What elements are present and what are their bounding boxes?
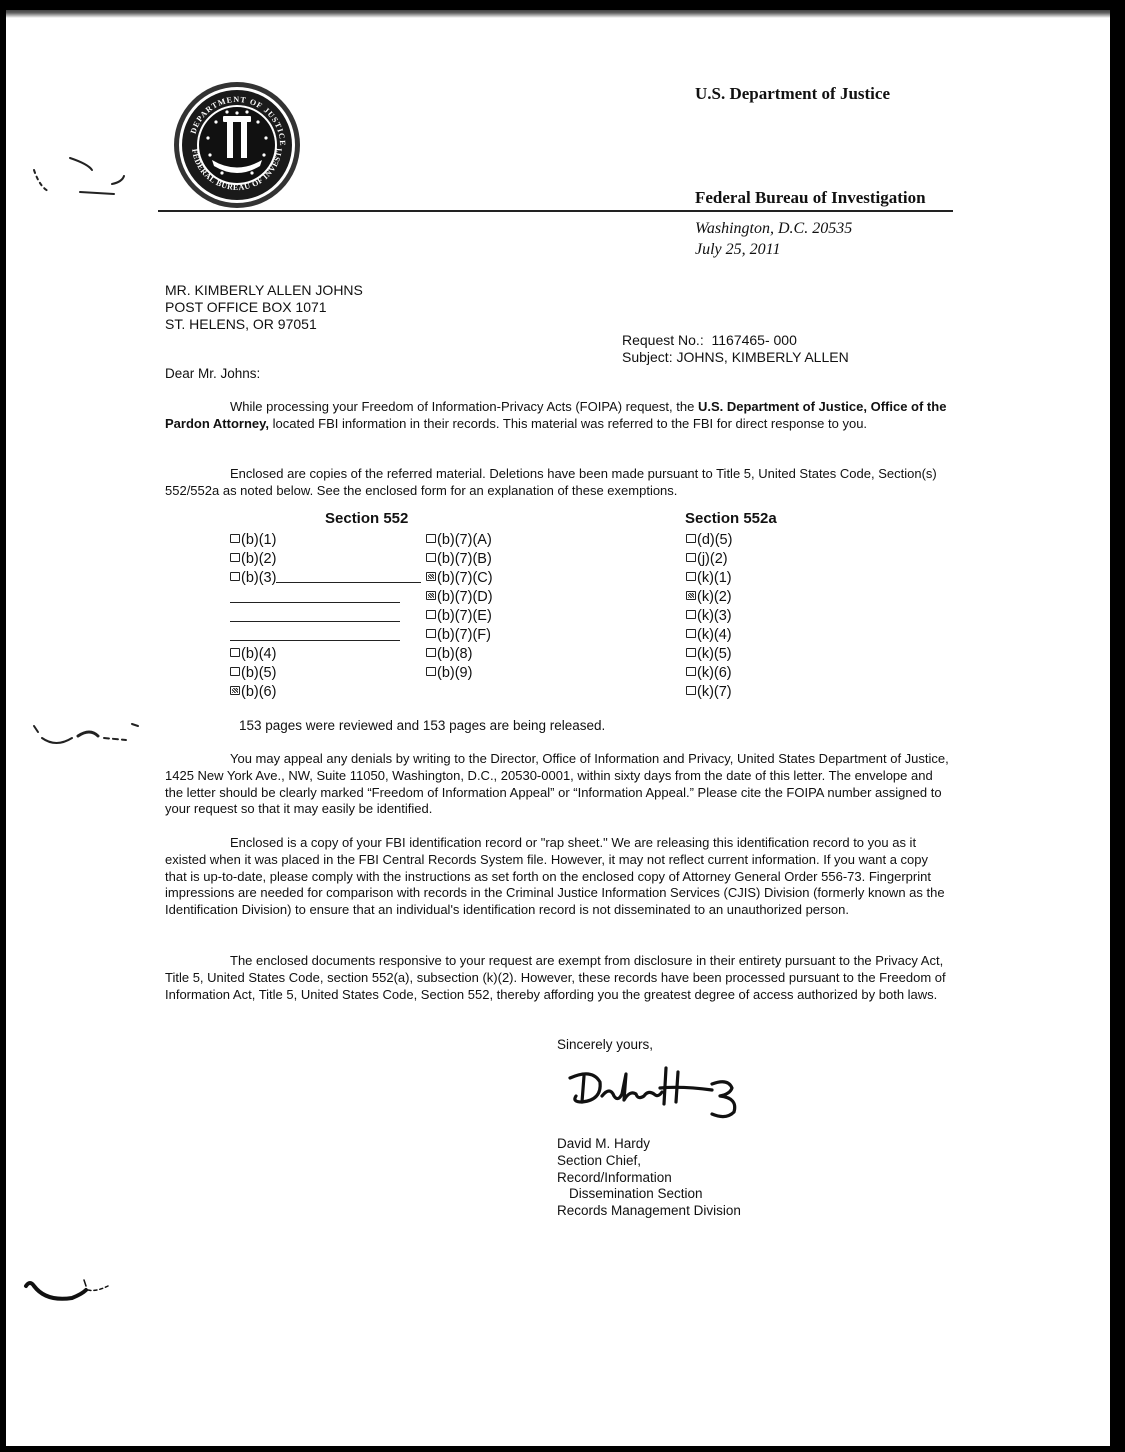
- paragraph-text: located FBI information in their records…: [269, 416, 867, 431]
- exemption-label: (b)(8): [437, 646, 472, 662]
- section-552a-heading: Section 552a: [685, 510, 777, 527]
- exemption-item: (k)(2): [686, 588, 732, 607]
- exemption-label: (b)(7)(E): [437, 608, 492, 624]
- letter-dateline: Washington, D.C. 20535 July 25, 2011: [695, 218, 852, 260]
- unchecked-box-icon: [686, 648, 696, 657]
- exemption-item: (k)(6): [686, 664, 732, 683]
- letter-location: Washington, D.C. 20535: [695, 218, 852, 239]
- exemption-label: (b)(7)(D): [437, 589, 493, 605]
- request-number-row: Request No.: 1167465- 000: [622, 332, 849, 349]
- exemption-item: (k)(4): [686, 626, 732, 645]
- exemption-item: (b)(1): [230, 531, 421, 550]
- unchecked-box-icon: [230, 667, 240, 676]
- exemption-label: (b)(3): [241, 570, 276, 586]
- pages-summary: 153 pages were reviewed and 153 pages ar…: [239, 718, 605, 733]
- blank-line: [230, 607, 400, 622]
- signer-division: Records Management Division: [557, 1203, 741, 1220]
- exemptions-column-3: (d)(5)(j)(2)(k)(1)(k)(2)(k)(3)(k)(4)(k)(…: [686, 531, 732, 702]
- scan-mark-icon: [30, 148, 130, 200]
- exemption-label: (b)(2): [241, 551, 276, 567]
- checked-box-icon: [686, 591, 696, 600]
- exemption-label: (b)(7)(B): [437, 551, 492, 567]
- blank-line: [230, 626, 400, 641]
- exemption-item: (k)(3): [686, 607, 732, 626]
- recipient-line: POST OFFICE BOX 1071: [165, 299, 363, 316]
- scan-edge-artifact: [6, 10, 1110, 18]
- exemptions-column-1: (b)(1)(b)(2)(b)(3)(b)(4)(b)(5)(b)(6): [230, 531, 421, 702]
- exemption-item: (k)(7): [686, 683, 732, 702]
- unchecked-box-icon: [230, 553, 240, 562]
- exemption-label: (k)(7): [697, 684, 732, 700]
- exemption-item: (k)(1): [686, 569, 732, 588]
- exemption-item: (d)(5): [686, 531, 732, 550]
- salutation: Dear Mr. Johns:: [165, 366, 260, 381]
- exemption-item: [230, 588, 421, 607]
- unchecked-box-icon: [426, 648, 436, 657]
- unchecked-box-icon: [426, 553, 436, 562]
- exemption-item: (b)(7)(D): [426, 588, 493, 607]
- paragraph-privacy-act: The enclosed documents responsive to you…: [165, 953, 950, 1003]
- exemption-item: (b)(4): [230, 645, 421, 664]
- subject-label: Subject:: [622, 349, 673, 365]
- exemption-item: (j)(2): [686, 550, 732, 569]
- exemption-item: (b)(9): [426, 664, 493, 683]
- exemption-item: (b)(7)(E): [426, 607, 493, 626]
- paragraph-text: You may appeal any denials by writing to…: [165, 751, 949, 816]
- exemption-label: (b)(1): [241, 532, 276, 548]
- exemption-item: (k)(5): [686, 645, 732, 664]
- recipient-line: MR. KIMBERLY ALLEN JOHNS: [165, 282, 363, 299]
- exemption-label: (d)(5): [697, 532, 732, 548]
- unchecked-box-icon: [230, 572, 240, 581]
- paragraph-rap-sheet: Enclosed is a copy of your FBI identific…: [165, 835, 950, 919]
- exemption-item: [230, 607, 421, 626]
- signer-title: Section Chief,: [557, 1153, 741, 1170]
- unchecked-box-icon: [686, 610, 696, 619]
- subject-value: JOHNS, KIMBERLY ALLEN: [676, 349, 848, 365]
- unchecked-box-icon: [230, 534, 240, 543]
- recipient-line: ST. HELENS, OR 97051: [165, 316, 363, 333]
- paragraph-text: While processing your Freedom of Informa…: [230, 399, 698, 414]
- department-heading: U.S. Department of Justice: [695, 84, 890, 104]
- exemption-item: (b)(7)(B): [426, 550, 493, 569]
- exemption-label: (j)(2): [697, 551, 728, 567]
- exemption-item: (b)(8): [426, 645, 493, 664]
- unchecked-box-icon: [686, 534, 696, 543]
- signer-unit: Dissemination Section: [557, 1186, 741, 1203]
- exemptions-column-2: (b)(7)(A)(b)(7)(B)(b)(7)(C)(b)(7)(D)(b)(…: [426, 531, 493, 683]
- subject-row: Subject: JOHNS, KIMBERLY ALLEN: [622, 349, 849, 366]
- closing: Sincerely yours,: [557, 1037, 653, 1052]
- exemption-item: (b)(2): [230, 550, 421, 569]
- fbi-seal-icon: DEPARTMENT OF JUSTICE FEDERAL BUREAU OF …: [172, 80, 302, 210]
- signer-unit: Record/Information: [557, 1170, 741, 1187]
- request-number: 1167465- 000: [712, 332, 797, 348]
- unchecked-box-icon: [686, 553, 696, 562]
- checked-box-icon: [230, 686, 240, 695]
- unchecked-box-icon: [426, 667, 436, 676]
- paragraph-text: Enclosed are copies of the referred mate…: [165, 466, 937, 498]
- unchecked-box-icon: [426, 610, 436, 619]
- blank-line: [230, 588, 400, 603]
- exemption-label: (b)(7)(F): [437, 627, 491, 643]
- paragraph-deletions: Enclosed are copies of the referred mate…: [165, 466, 950, 500]
- request-reference: Request No.: 1167465- 000 Subject: JOHNS…: [622, 332, 849, 366]
- unchecked-box-icon: [686, 686, 696, 695]
- exemption-label: (b)(9): [437, 665, 472, 681]
- paragraph-text: Enclosed is a copy of your FBI identific…: [165, 835, 945, 917]
- unchecked-box-icon: [230, 648, 240, 657]
- bureau-heading: Federal Bureau of Investigation: [695, 188, 926, 208]
- unchecked-box-icon: [686, 667, 696, 676]
- handwritten-signature-icon: [562, 1060, 762, 1130]
- signer-name: David M. Hardy: [557, 1136, 741, 1153]
- exemption-item: [230, 626, 421, 645]
- unchecked-box-icon: [686, 572, 696, 581]
- unchecked-box-icon: [426, 629, 436, 638]
- signer-block: David M. Hardy Section Chief, Record/Inf…: [557, 1136, 741, 1220]
- section-552-heading: Section 552: [325, 510, 408, 527]
- exemption-item: (b)(7)(C): [426, 569, 493, 588]
- recipient-address: MR. KIMBERLY ALLEN JOHNS POST OFFICE BOX…: [165, 282, 363, 333]
- letterhead-rule: [158, 210, 953, 212]
- exemption-label: (k)(2): [697, 589, 732, 605]
- request-label: Request No.:: [622, 332, 704, 348]
- paragraph-appeal: You may appeal any denials by writing to…: [165, 751, 950, 818]
- exemption-label: (b)(4): [241, 646, 276, 662]
- exemption-label: (b)(6): [241, 684, 276, 700]
- scan-mark-icon: [32, 718, 142, 748]
- exemption-label: (k)(6): [697, 665, 732, 681]
- scan-mark-icon: [12, 1276, 112, 1310]
- unchecked-box-icon: [686, 629, 696, 638]
- paragraph-text: The enclosed documents responsive to you…: [165, 953, 946, 1002]
- letter-date: July 25, 2011: [695, 239, 852, 260]
- exemption-label: (k)(5): [697, 646, 732, 662]
- exemption-label: (b)(7)(A): [437, 532, 492, 548]
- exemption-item: (b)(7)(A): [426, 531, 493, 550]
- exemption-label: (k)(4): [697, 627, 732, 643]
- exemption-item: (b)(6): [230, 683, 421, 702]
- exemption-item: (b)(3): [230, 569, 421, 588]
- exemption-label: (k)(1): [697, 570, 732, 586]
- checked-box-icon: [426, 572, 436, 581]
- exemption-item: (b)(7)(F): [426, 626, 493, 645]
- checked-box-icon: [426, 591, 436, 600]
- exemption-label: (b)(5): [241, 665, 276, 681]
- exemption-label: (b)(7)(C): [437, 570, 493, 586]
- blank-line: [276, 582, 421, 583]
- letter-page: DEPARTMENT OF JUSTICE FEDERAL BUREAU OF …: [6, 10, 1110, 1446]
- exemption-label: (k)(3): [697, 608, 732, 624]
- paragraph-referral: While processing your Freedom of Informa…: [165, 399, 950, 433]
- exemption-item: (b)(5): [230, 664, 421, 683]
- unchecked-box-icon: [426, 534, 436, 543]
